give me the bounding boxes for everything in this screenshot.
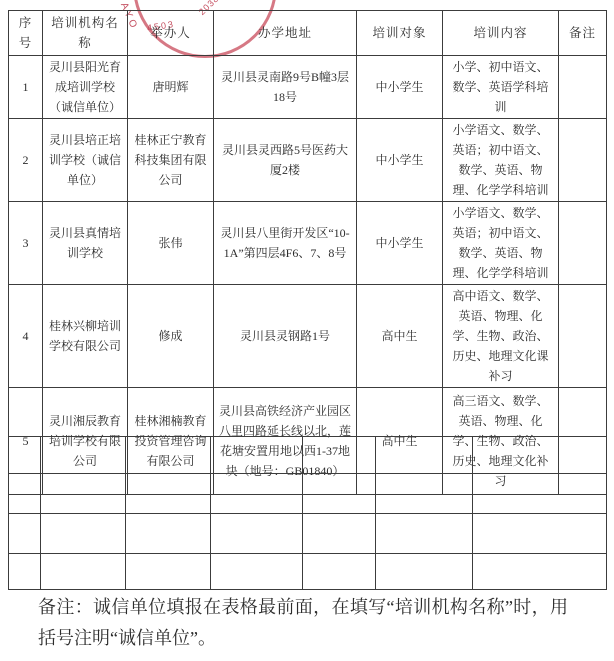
empty-table-row — [9, 474, 607, 514]
cell-institution-name: 灵川县阳光育成培训学校（诚信单位） — [43, 56, 128, 119]
cell-seq: 3 — [9, 202, 43, 285]
cell-remark — [559, 285, 607, 388]
cell-remark — [559, 202, 607, 285]
cell-target: 中小学生 — [357, 56, 443, 119]
cell-seq: 1 — [9, 56, 43, 119]
empty-rows-table — [8, 436, 607, 590]
cell-target: 高中生 — [357, 285, 443, 388]
column-header-content: 培训内容 — [443, 11, 559, 56]
table-row: 3 灵川县真情培训学校 张伟 灵川县八里街开发区“10-1A”第四层4F6、7、… — [9, 202, 607, 285]
cell-address: 灵川县灵西路5号医药大厦2楼 — [214, 119, 357, 202]
cell-target: 中小学生 — [357, 119, 443, 202]
cell-address: 灵川县八里街开发区“10-1A”第四层4F6、7、8号 — [214, 202, 357, 285]
cell-content: 小学语文、数学、英语；初中语文、数学、英语、物理、化学学科培训 — [443, 202, 559, 285]
training-institutions-table: 序号 培训机构名称 举办人 办学地址 培训对象 培训内容 备注 1 灵川县阳光育… — [8, 10, 607, 495]
column-header-institution-name: 培训机构名称 — [43, 11, 128, 56]
column-header-address: 办学地址 — [214, 11, 357, 56]
cell-organizer: 修成 — [128, 285, 214, 388]
header-row: 序号 培训机构名称 举办人 办学地址 培训对象 培训内容 备注 — [9, 11, 607, 56]
empty-table-row — [9, 514, 607, 554]
column-header-target: 培训对象 — [357, 11, 443, 56]
column-header-organizer: 举办人 — [128, 11, 214, 56]
cell-content: 高中语文、数学、英语、物理、化学、生物、政治、历史、地理文化课补习 — [443, 285, 559, 388]
column-header-seq: 序号 — [9, 11, 43, 56]
cell-target: 中小学生 — [357, 202, 443, 285]
footnote: 备注：诚信单位填报在表格最前面，在填写“培训机构名称”时，用括号注明“诚信单位”… — [38, 592, 568, 654]
cell-organizer: 桂林正宁教育科技集团有限公司 — [128, 119, 214, 202]
cell-seq: 2 — [9, 119, 43, 202]
cell-remark — [559, 56, 607, 119]
cell-institution-name: 灵川县真情培训学校 — [43, 202, 128, 285]
scanned-document-page: 4503 20386 AYO 序号 培训机构名称 举办人 办学地址 培训对象 培… — [0, 0, 614, 661]
cell-content: 小学、初中语文、数学、英语学科培训 — [443, 56, 559, 119]
cell-organizer: 张伟 — [128, 202, 214, 285]
cell-address: 灵川县灵钢路1号 — [214, 285, 357, 388]
column-header-remark: 备注 — [559, 11, 607, 56]
cell-seq: 4 — [9, 285, 43, 388]
cell-institution-name: 灵川县培正培训学校（诚信单位） — [43, 119, 128, 202]
cell-organizer: 唐明辉 — [128, 56, 214, 119]
cell-remark — [559, 119, 607, 202]
table-row: 4 桂林兴柳培训学校有限公司 修成 灵川县灵钢路1号 高中生 高中语文、数学、英… — [9, 285, 607, 388]
empty-table-row — [9, 554, 607, 590]
table-row: 1 灵川县阳光育成培训学校（诚信单位） 唐明辉 灵川县灵南路9号B幢3层18号 … — [9, 56, 607, 119]
cell-content: 小学语文、数学、英语；初中语文、数学、英语、物理、化学学科培训 — [443, 119, 559, 202]
cell-address: 灵川县灵南路9号B幢3层18号 — [214, 56, 357, 119]
table-row: 2 灵川县培正培训学校（诚信单位） 桂林正宁教育科技集团有限公司 灵川县灵西路5… — [9, 119, 607, 202]
empty-table-row — [9, 437, 607, 474]
cell-institution-name: 桂林兴柳培训学校有限公司 — [43, 285, 128, 388]
